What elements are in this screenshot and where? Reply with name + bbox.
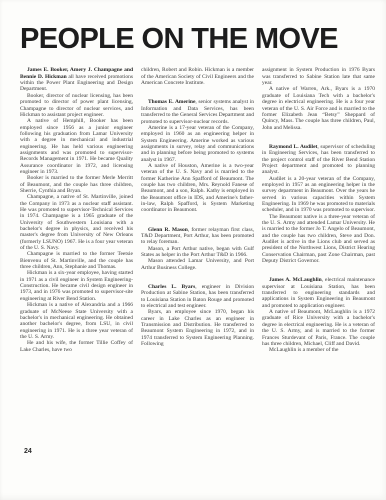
paragraph-text: Hickman is a six-year employee, having s…	[20, 270, 133, 301]
paragraph: Hickman is a six-year employee, having s…	[20, 270, 133, 302]
paragraph: children, Robert and Robin. Hickman is a…	[141, 67, 254, 86]
paragraph: Champagne, a native of St. Martinville, …	[20, 194, 133, 251]
paragraph: James E. Booker, Amery J. Champagne and …	[20, 67, 133, 92]
paragraph: Booker, director of nuclear licensing, h…	[20, 93, 133, 118]
paragraph-text: Champagne is married to the former Teets…	[20, 251, 133, 270]
paragraph-text: children, Robert and Robin. Hickman is a…	[141, 67, 254, 86]
paragraph-text: Hickman is a native of Alexandria and a …	[20, 302, 133, 340]
column-1: James E. Booker, Amery J. Champagne and …	[20, 67, 133, 353]
paragraph-text: McLaughlin is a member of the	[269, 347, 339, 353]
paragraph: The Beaumont native is a three-year vete…	[262, 214, 375, 265]
paragraph-text: A native of Houston, Amerine is a two-ye…	[141, 163, 254, 213]
paragraph: assignment in System Production in 1976 …	[262, 67, 375, 86]
paragraph-text: Champagne, a native of St. Martinville, …	[20, 194, 133, 251]
paragraph-text: Booker is married to the former Merle Me…	[20, 175, 133, 194]
paragraph-text: He and his wife, the former Tillie Coffe…	[20, 340, 133, 352]
paragraph: James A. McLaughlin, electrical maintena…	[262, 277, 375, 309]
paragraph: Champagne is married to the former Teets…	[20, 251, 133, 270]
column-3: assignment in System Production in 1976 …	[262, 67, 375, 353]
page-number: 24	[24, 448, 32, 455]
paragraph-text: assignment in System Production in 1976 …	[262, 67, 375, 86]
paragraph: Charles L. Byars, engineer in Division P…	[141, 284, 254, 309]
paragraph-text: Amerine is a 17-year veteran of the Comp…	[141, 125, 254, 163]
paragraph: Raymond L. Audilet, supervisor of schedu…	[262, 144, 375, 176]
paragraph-text: Byars, an employee since 1970, began his…	[141, 309, 254, 347]
paragraph: Hickman is a native of Alexandria and a …	[20, 302, 133, 340]
paragraph: A native of Warren, Ark., Byars is a 197…	[262, 86, 375, 130]
paragraph: Mason, a Port Arthur native, began with …	[141, 246, 254, 259]
paragraph: Glenn R. Mason, former relayman first cl…	[141, 227, 254, 246]
paragraph-text: A native of Beaumont, McLaughlin is a 19…	[262, 309, 375, 347]
article-body: James E. Booker, Amery J. Champagne and …	[20, 67, 375, 353]
paragraph: McLaughlin is a member of the	[262, 347, 375, 353]
paragraph-text: Mason, a Port Arthur native, began with …	[141, 246, 254, 258]
person-name: Raymond L. Audilet	[269, 144, 317, 150]
paragraph-text: Booker, director of nuclear licensing, h…	[20, 93, 133, 118]
paragraph-text: A native of Hemphill, Booker has been em…	[20, 118, 133, 175]
paragraph: A native of Houston, Amerine is a two-ye…	[141, 163, 254, 214]
person-name: Thomas E. Amerine	[148, 99, 195, 105]
paragraph: He and his wife, the former Tillie Coffe…	[20, 340, 133, 353]
paragraph-text: A native of Warren, Ark., Byars is a 197…	[262, 86, 375, 130]
person-name: Glenn R. Mason	[148, 227, 188, 233]
column-2: children, Robert and Robin. Hickman is a…	[141, 67, 254, 353]
page-title: PEOPLE ON THE MOVE	[20, 24, 375, 54]
paragraph-text: Audilet is a 20-year veteran of the Comp…	[262, 176, 375, 214]
magazine-page: PEOPLE ON THE MOVE James E. Booker, Amer…	[0, 0, 386, 500]
paragraph: A native of Hemphill, Booker has been em…	[20, 118, 133, 175]
paragraph: Mason attended Lamar University, and Por…	[141, 258, 254, 271]
paragraph-text: The Beaumont native is a three-year vete…	[262, 214, 375, 264]
paragraph: Booker is married to the former Merle Me…	[20, 175, 133, 194]
person-name: James A. McLaughlin	[269, 277, 322, 283]
paragraph: A native of Beaumont, McLaughlin is a 19…	[262, 309, 375, 347]
paragraph-text: Mason attended Lamar University, and Por…	[141, 258, 254, 270]
paragraph: Thomas E. Amerine, senior systems analys…	[141, 99, 254, 124]
paragraph: Audilet is a 20-year veteran of the Comp…	[262, 176, 375, 214]
paragraph: Byars, an employee since 1970, began his…	[141, 309, 254, 347]
paragraph: Amerine is a 17-year veteran of the Comp…	[141, 125, 254, 163]
